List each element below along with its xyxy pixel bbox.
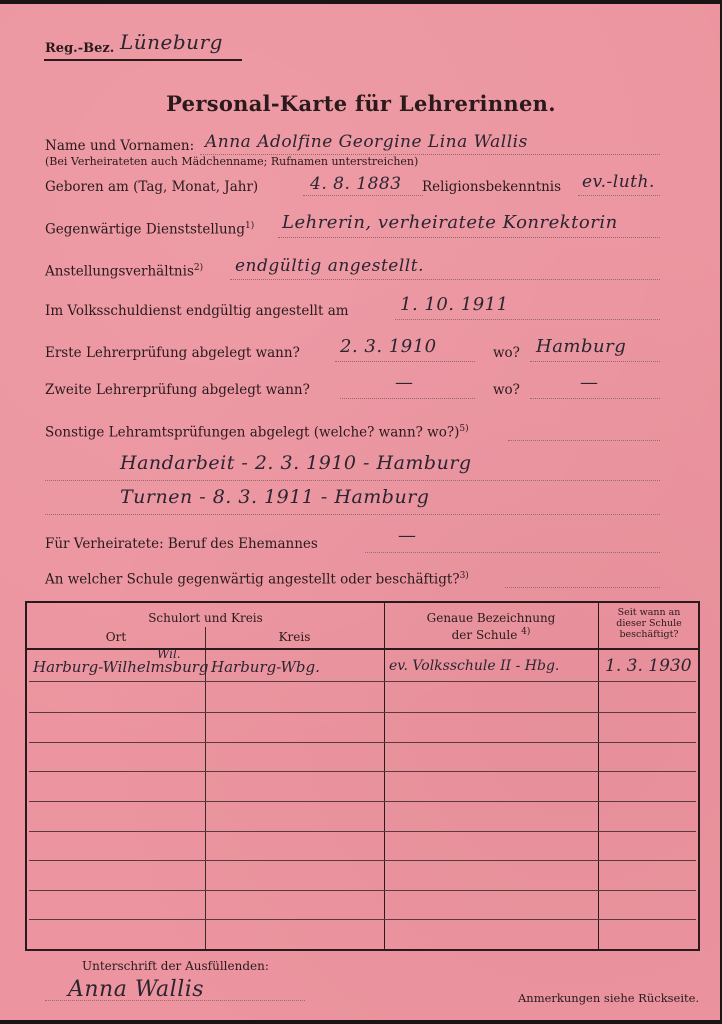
column-header-schule-line2-wrap: der Schule 4) [384, 625, 598, 642]
table-row-1-seit: 1. 3. 1930 [605, 656, 692, 676]
born-dotted-line [303, 195, 423, 196]
table-row-line [29, 742, 696, 743]
employment-footnote: 2) [194, 263, 203, 273]
position-label: Gegenwärtige Dienststellung1) [45, 221, 254, 238]
table-row-line [29, 919, 696, 920]
personnel-card: Reg.-Bez. Lüneburg Personal-Karte für Le… [0, 4, 720, 1020]
religion-label: Religionsbekenntnis [422, 179, 561, 195]
born-label: Geboren am (Tag, Monat, Jahr) [45, 179, 258, 195]
school-question-footnote: 3) [460, 571, 469, 581]
second-exam-where-dotted-line [530, 398, 660, 399]
remarks-note: Anmerkungen siehe Rückseite. [518, 991, 699, 1005]
table-row-line [29, 771, 696, 772]
column-header-schule-line2: der Schule [452, 628, 518, 642]
table-row-line [29, 681, 696, 682]
first-exam-where-dotted-line [530, 361, 660, 362]
position-dotted-line [278, 237, 660, 238]
employment-label: Anstellungsverhältnis2) [45, 263, 203, 280]
husband-label: Für Verheiratete: Beruf des Ehemannes [45, 536, 318, 552]
column-header-schule: Genaue Bezeichnung der Schule 4) [384, 611, 598, 642]
other-exam-entry: Turnen - 8. 3. 1911 - Hamburg [120, 486, 429, 508]
religion-dotted-line [578, 195, 660, 196]
column-header-seit-line2: dieser Schule [598, 618, 700, 629]
employment-label-text: Anstellungsverhältnis [45, 264, 194, 280]
signature-value: Anna Wallis [68, 977, 204, 1002]
other-exams-dotted-line-1 [45, 480, 660, 481]
table-row-line [29, 860, 696, 861]
other-exams-footnote: 5) [459, 424, 468, 434]
first-exam-where-value: Hamburg [536, 336, 626, 357]
table-row-1-schule: ev. Volksschule II - Hbg. [389, 658, 559, 674]
first-exam-value: 2. 3. 1910 [340, 336, 437, 357]
other-exam-entry: Handarbeit - 2. 3. 1910 - Hamburg [120, 452, 472, 474]
table-row-1-kreis: Harburg-Wbg. [211, 658, 320, 676]
first-exam-dotted-line [335, 361, 475, 362]
column-header-kreis: Kreis [205, 630, 384, 644]
column-divider-schule-seit [598, 603, 599, 949]
born-value: 4. 8. 1883 [310, 174, 402, 194]
reg-bez-underline [44, 59, 242, 61]
first-exam-where-label: wo? [493, 345, 520, 361]
school-history-table: Schulort und Kreis Ort Kreis Genaue Beze… [25, 601, 700, 951]
signature-label: Unterschrift der Ausfüllenden: [82, 959, 269, 973]
first-exam-label: Erste Lehrerprüfung abgelegt wann? [45, 345, 300, 361]
column-header-seit-line3: beschäftigt? [598, 629, 700, 640]
second-exam-value: — [395, 372, 414, 393]
header-divider [27, 648, 698, 650]
other-exams-label: Sonstige Lehramtsprüfungen abgelegt (wel… [45, 424, 469, 441]
second-exam-label: Zweite Lehrerprüfung abgelegt wann? [45, 382, 310, 398]
husband-dotted-line [365, 552, 660, 553]
column-header-schule-footnote: 4) [521, 627, 530, 637]
table-row-1-ort: Harburg-Wilhelmsburg [33, 658, 209, 676]
reg-bez-value: Lüneburg [120, 30, 223, 54]
volksschuldienst-label: Im Volksschuldienst endgültig angestellt… [45, 303, 349, 319]
employment-dotted-line [230, 279, 660, 280]
group-header-schulort: Schulort und Kreis [27, 611, 384, 625]
school-question-dotted-line [505, 587, 660, 588]
volksschuldienst-value: 1. 10. 1911 [400, 294, 509, 315]
table-row-line [29, 801, 696, 802]
table-row-line [29, 831, 696, 832]
employment-value: endgültig angestellt. [235, 256, 424, 276]
column-header-ort: Ort [27, 630, 205, 644]
name-label: Name und Vornamen: [45, 138, 194, 154]
second-exam-where-label: wo? [493, 382, 520, 398]
other-exams-label-text: Sonstige Lehramtsprüfungen abgelegt (wel… [45, 425, 459, 441]
signature-dotted-line [45, 1000, 305, 1001]
second-exam-dotted-line [340, 398, 475, 399]
name-value: Anna Adolfine Georgine Lina Wallis [205, 132, 528, 152]
column-divider-kreis-schule [384, 603, 385, 949]
volksschuldienst-dotted-line [395, 319, 660, 320]
table-row-1-ort-insert: Wil. [157, 647, 181, 661]
column-header-seit-line1: Seit wann an [598, 607, 700, 618]
school-question-text: An welcher Schule gegenwärtig angestellt… [45, 572, 460, 588]
column-header-schule-line1: Genaue Bezeichnung [384, 611, 598, 625]
second-exam-where-value: — [580, 372, 599, 393]
husband-value: — [398, 525, 417, 546]
school-question-label: An welcher Schule gegenwärtig angestellt… [45, 571, 469, 588]
reg-bez-label: Reg.-Bez. [45, 41, 114, 56]
other-exams-dotted-line-2 [45, 514, 660, 515]
name-note: (Bei Verheirateten auch Mädchenname; Ruf… [45, 155, 418, 168]
other-exams-dotted-line-0 [508, 440, 660, 441]
position-value: Lehrerin, verheiratete Konrektorin [282, 212, 618, 233]
page-title: Personal-Karte für Lehrerinnen. [0, 91, 722, 116]
position-label-text: Gegenwärtige Dienststellung [45, 222, 245, 238]
table-row-line [29, 890, 696, 891]
table-row-line [29, 712, 696, 713]
position-footnote: 1) [245, 221, 254, 231]
religion-value: ev.-luth. [582, 172, 655, 192]
column-header-seit: Seit wann an dieser Schule beschäftigt? [598, 607, 700, 640]
